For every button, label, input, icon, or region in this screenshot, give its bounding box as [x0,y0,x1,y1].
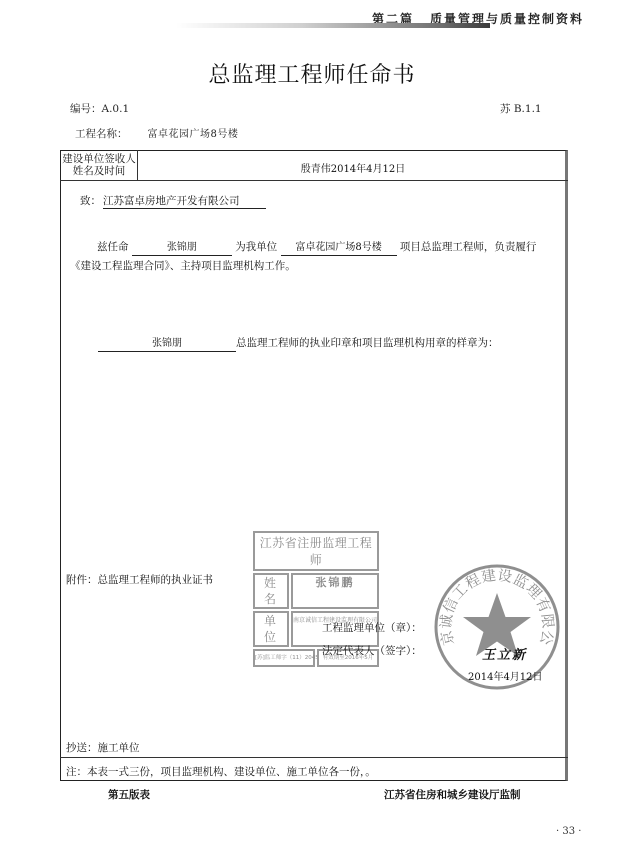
appointee-name: 张锦朋 [132,242,232,256]
signer-label-line1: 建设单位签收人 [61,153,137,165]
seal-statement-text: 总监理工程师的执业印章和项目监理机构用章的样章为： [236,337,499,349]
signer-label: 建设单位签收人 姓名及时间 [61,153,137,177]
attachment-note: 附件：总监理工程师的执业证书 [66,572,213,587]
cc-line: 抄送：施工单位 [66,740,140,755]
certificate-unit-label: 单 位 [253,611,289,647]
certificate-number: [苏]监工师字（11）2045 [253,649,315,667]
certificate-name-label: 姓 名 [253,573,289,609]
sign-date: 2014年4月12日 [468,668,543,683]
document-title: 总监理工程师任命书 [0,58,624,89]
appoint-prefix: 兹任命 [97,241,129,253]
appointment-paragraph: 兹任命 张锦朋 为我单位 富卓花园广场8号楼 项目总监理工程师，负责履行 《建设… [77,238,567,276]
appoint-project: 富卓花园广场8号楼 [281,242,397,256]
addressee-value: 江苏富卓房地产开发有限公司 [103,193,266,209]
page-number: · 33 · [556,826,581,837]
supervision-unit-label: 工程监理单位（章）： [322,620,422,635]
project-label: 工程名称： [75,128,128,140]
document-number: 编号：A.0.1 [70,101,129,116]
appoint-line2: 《建设工程监理合同》、主持项目监理机构工作。 [70,260,296,272]
project-name: 富卓花园广场8号楼 [148,129,239,140]
header-row-divider [60,180,568,181]
addressee-label: 致： [80,195,101,207]
authority-label: 江苏省住房和城乡建设厅监制 [384,787,521,802]
addressee-line: 致：江苏富卓房地产开发有限公司 [80,193,266,209]
signer-value: 殷青伟2014年4月12日 [138,160,568,175]
signer-label-line2: 姓名及时间 [61,165,137,177]
legal-rep-label: 法定代表人（签字）： [322,643,422,658]
seal-statement: 张锦朋总监理工程师的执业印章和项目监理机构用章的样章为： [98,334,499,353]
certificate-name-value: 张锦鹏 [291,573,379,609]
appoint-suffix: 项目总监理工程师，负责履行 [400,241,537,253]
note-row-divider [60,757,568,758]
edition-label: 第五版表 [108,787,150,802]
project-name-row: 工程名称：富卓花园广场8号楼 [75,125,238,141]
certificate-title: 江苏省注册监理工程师 [253,531,379,571]
form-code: 苏 B.1.1 [500,101,542,116]
form-note: 注：本表一式三份，项目监理机构、建设单位、施工单位各一份，。 [66,764,376,779]
legal-rep-signature: 王立新 [482,644,527,663]
appoint-mid: 为我单位 [235,241,277,253]
header-gradient-bar [176,23,490,28]
seal-statement-person: 张锦朋 [98,338,236,352]
